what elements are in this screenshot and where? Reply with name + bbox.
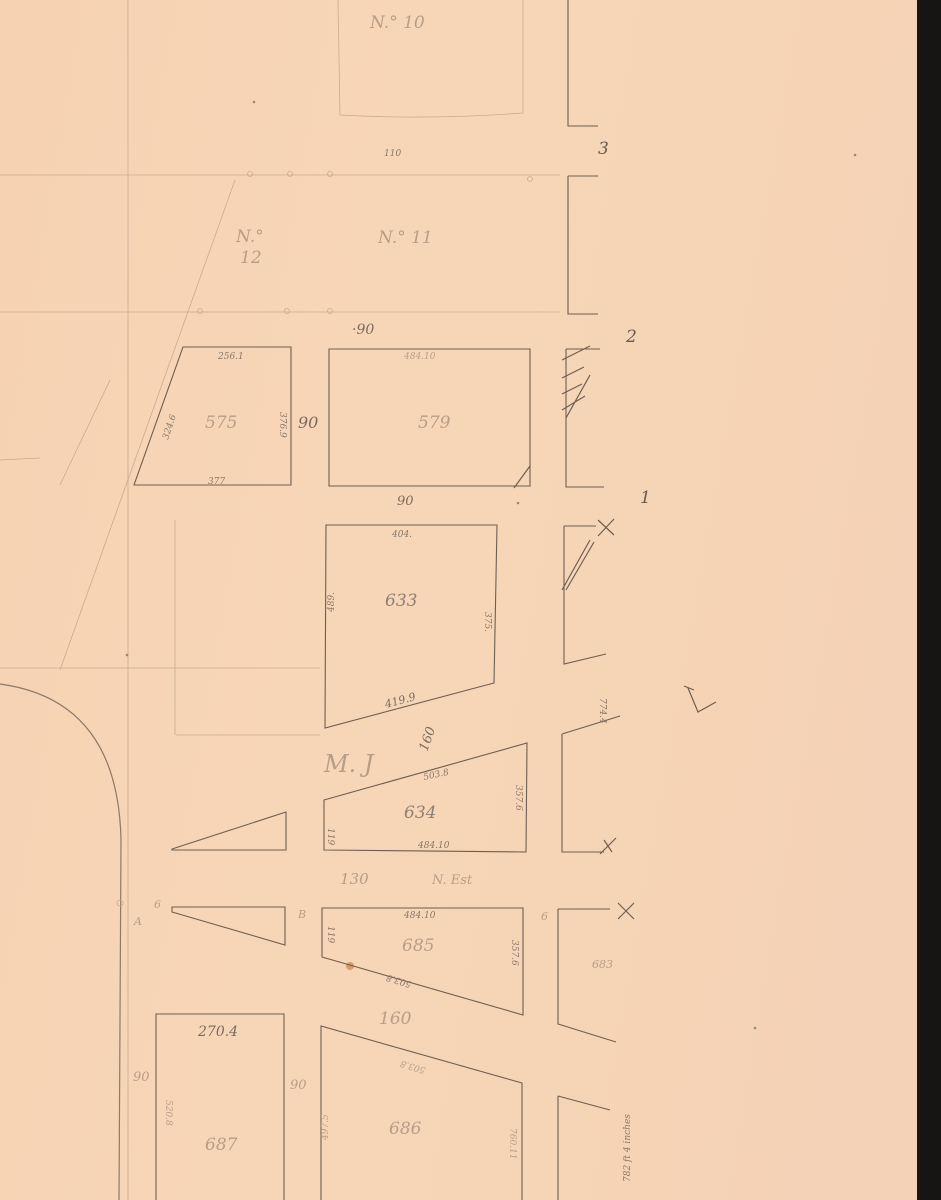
block-label-no11: N.° 11 xyxy=(377,228,433,248)
lot-575-dim-top: 256.1 xyxy=(217,352,244,362)
survey-map: N.° 10 N.° 11 N.° 12 110 ·90 90 90 160 1… xyxy=(0,0,941,1200)
lot-683-label: 683 xyxy=(592,958,613,971)
cross-marks xyxy=(598,519,716,919)
lot-687-dim-left: 520.8 xyxy=(163,1100,173,1126)
street-width-90c: 90 xyxy=(397,494,414,509)
street-width-110: 110 xyxy=(384,149,401,159)
lot-685 xyxy=(322,908,523,1015)
lot-575-dim-left: 324.6 xyxy=(161,413,179,441)
row-number-2: 2 xyxy=(625,327,637,347)
lot-633-dim-left: 489. xyxy=(327,592,337,613)
lot-633-label: 633 xyxy=(385,591,417,611)
annotation-782ft: 782 ft 4 inches xyxy=(623,1114,633,1182)
lot-686-dim-top: 503.8 xyxy=(399,1058,427,1075)
block-label-no12b: 12 xyxy=(240,248,262,268)
lot-575-dim-bottom: 377 xyxy=(208,477,225,487)
lot-685-dim-top: 484.10 xyxy=(403,911,436,921)
point-6b: 6 xyxy=(541,910,548,923)
lot-685-label: 685 xyxy=(402,936,434,956)
labels-layer: N.° 10 N.° 11 N.° 12 110 ·90 90 90 160 1… xyxy=(133,13,651,1182)
lot-686-label: 686 xyxy=(389,1119,422,1139)
annotation-n-est: N. Est xyxy=(431,873,473,888)
street-width-90e: 90 xyxy=(290,1078,307,1093)
annotation-mj: M. J xyxy=(323,750,375,778)
street-width-90d: 90 xyxy=(133,1070,150,1085)
lot-685-dim-bottom: 503.8 xyxy=(385,972,413,989)
east-street-frontage xyxy=(558,0,620,1200)
row-number-3: 3 xyxy=(598,139,609,159)
lot-634-dim-right: 357.6 xyxy=(513,785,523,811)
lot-686 xyxy=(321,1026,522,1200)
lot-634-dim-bottom: 484.10 xyxy=(417,841,450,851)
curved-road-edge xyxy=(0,684,121,1200)
street-width-90a: ·90 xyxy=(352,322,374,338)
construction-lines xyxy=(0,0,560,1200)
lot-579-dim-top: 484.10 xyxy=(403,352,436,362)
row-number-1: 1 xyxy=(640,488,651,508)
lot-687-dim-top: 270.4 xyxy=(197,1024,238,1040)
lot-633-dim-top: 404. xyxy=(391,530,412,540)
block-label-no10: N.° 10 xyxy=(369,13,425,33)
lot-triangle-south xyxy=(172,907,285,945)
lot-575-dim-right: 376.9 xyxy=(277,412,287,438)
block-no10 xyxy=(338,0,523,117)
lot-633-dim-right: 375. xyxy=(482,612,492,632)
point-6a: 6 xyxy=(154,898,161,911)
annotation-774: 774.4 xyxy=(597,698,607,724)
street-width-130: 130 xyxy=(340,870,369,888)
point-a: A xyxy=(133,915,142,928)
street-width-160a: 160 xyxy=(417,725,440,753)
lot-triangle-north xyxy=(172,812,286,850)
block-label-no12a: N.° xyxy=(235,227,264,247)
point-b: B xyxy=(297,908,306,921)
lot-686-dim-right: 760.11 xyxy=(507,1128,517,1160)
lot-634-dim-left: 119 xyxy=(325,828,335,845)
street-width-160b: 160 xyxy=(379,1009,412,1029)
lot-685-dim-left: 119 xyxy=(325,926,335,943)
street-width-90b: 90 xyxy=(298,413,318,432)
lot-687-label: 687 xyxy=(205,1135,238,1155)
lot-685-dim-right: 357.6 xyxy=(509,940,519,966)
lot-687 xyxy=(156,1014,284,1200)
lot-579-label: 579 xyxy=(418,413,451,433)
lot-686-dim-left: 497.5 xyxy=(321,1114,331,1141)
lot-634-dim-top: 503.8 xyxy=(423,768,451,783)
lot-575-label: 575 xyxy=(205,413,237,433)
map-canvas: N.° 10 N.° 11 N.° 12 110 ·90 90 90 160 1… xyxy=(0,0,941,1200)
lot-634-label: 634 xyxy=(404,803,436,823)
